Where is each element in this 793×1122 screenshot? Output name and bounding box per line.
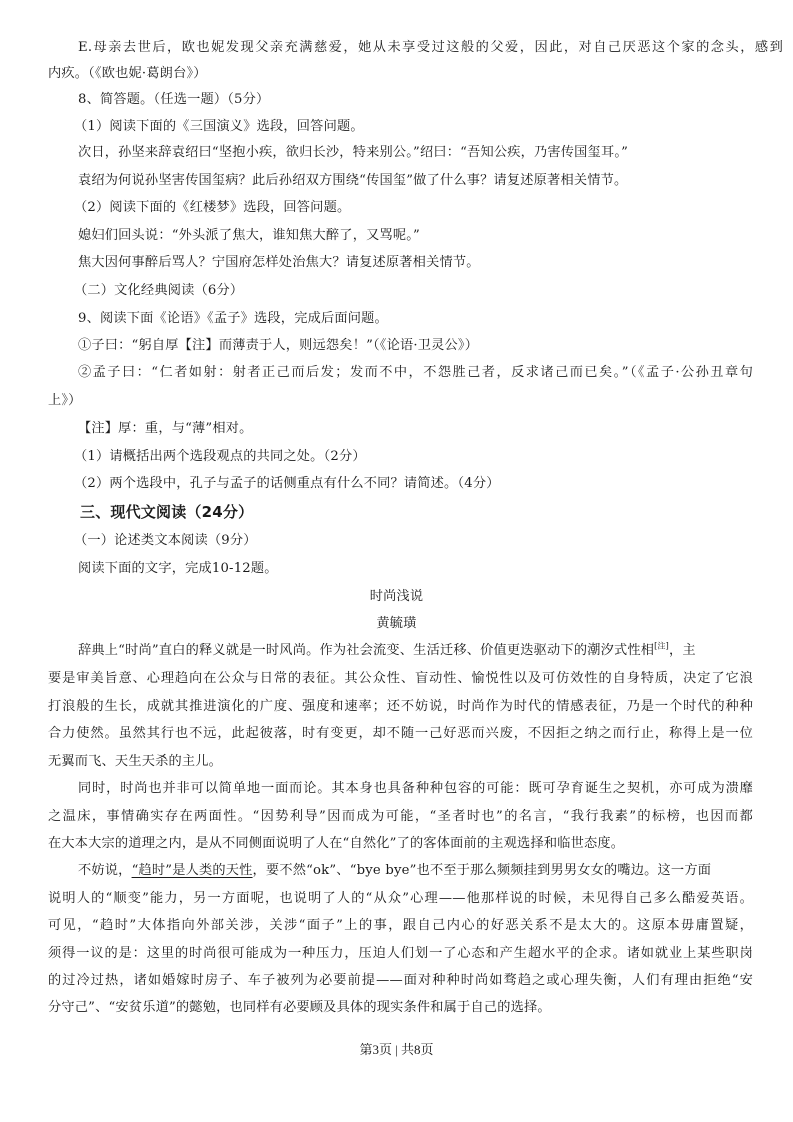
question-8-1-intro: （1）阅读下面的《三国演义》选段，回答问题。 <box>74 117 774 137</box>
question-8-2-quote: 媳妇们回头说：“外头派了焦大，谁知焦大醉了，又骂呢。” <box>78 226 778 246</box>
p3-underlined-phrase: “趋时”是人类的天性 <box>132 863 253 878</box>
p1-line-1-tail: ，主 <box>669 643 696 658</box>
section-2-title: （二）文化经典阅读（6分） <box>74 281 774 301</box>
question-9-quote-2-line-2: 上》） <box>48 391 748 411</box>
page-number-footer: 第3页 | 共8页 <box>0 1039 793 1058</box>
article-p1-line-4: 合力使然。虽然其行也不远，此起彼落，时有变更，却不随一己好恶而兴废，不因拒之纳之… <box>48 724 753 744</box>
article-p2-line-1: 同时，时尚也并非可以简单地一面而论。其本身也具备种种包容的可能：既可孕育诞生之契… <box>78 779 753 799</box>
part-3-subsection-1: （一）论述类文本阅读（9分） <box>74 531 774 551</box>
article-p3-line-3: 可见，“趋时”大体指向外部关涉，关涉“面子”上的事，跟自己内心的好恶关系不是太大… <box>48 916 753 936</box>
article-p3-line-2: 说明人的“顺变”能力，另一方面呢，也说明了人的“从众”心理——他那样说的时候，未… <box>48 889 753 909</box>
question-8-2-question: 焦大因何事醉后骂人？宁国府怎样处治焦大？请复述原著相关情节。 <box>78 253 778 273</box>
document-page: E.母亲去世后，欧也妮发现父亲充满慈爱，她从未享受过这般的父爱，因此，对自己厌恶… <box>0 0 793 1122</box>
article-p3-line-5: 的过冷过热，诸如婚嫁时房子、车子被列为必要前提——面对种种时尚如骛趋之或心理失衡… <box>48 971 753 991</box>
option-e-line-2: 内疚。（《欧也妮·葛朗台》） <box>48 64 748 84</box>
question-8-1-quote: 次日，孙坚来辞袁绍曰“坚抱小疾，欲归长沙，特来别公。”绍曰：“吾知公疾，乃害传国… <box>78 143 778 163</box>
note-superscript: [注] <box>654 642 669 651</box>
article-p1-line-3: 打浪般的生长，成就其推进演化的广度、强度和速率；还不妨说，时尚作为时代的情感表征… <box>48 697 753 717</box>
article-p1-line-5: 无翼而飞、天生天杀的主儿。 <box>48 752 748 772</box>
article-title: 时尚浅说 <box>0 587 793 607</box>
question-8-1-question: 袁绍为何说孙坚害传国玺病？此后孙绍双方围绕“传国玺”做了什么事？请复述原著相关情… <box>78 171 778 191</box>
question-8-title: 8、简答题。（任选一题）（5分） <box>78 90 778 110</box>
p3-line-1-rest: ，要不然“ok”、“bye bye”也不至于那么频频挂到男男女女的嘴边。这一方面 <box>253 863 712 878</box>
question-8-2-intro: （2）阅读下面的《红楼梦》选段，回答问题。 <box>74 198 774 218</box>
question-9-2: （2）两个选段中，孔子与孟子的话侧重点有什么不同？请简述。（4分） <box>74 474 774 494</box>
article-p2-line-2: 之温床，事情确实存在两面性。“因势利导”因而成为可能，“圣者时也”的名言，“我行… <box>48 807 753 827</box>
question-9-1: （1）请概括出两个选段观点的共同之处。（2分） <box>74 447 774 467</box>
article-p3-line-6: 分守己”、“安贫乐道”的懿勉，也同样有必要顾及具体的现实条件和属于自己的选择。 <box>48 998 748 1018</box>
article-p1-line-2: 要是审美旨意、心理趋向在公众与日常的表征。其公众性、盲动性、愉悦性以及可仿效性的… <box>48 669 753 689</box>
p3-lead: 不妨说， <box>78 863 132 878</box>
article-p3-line-4: 须得一议的是：这里的时尚很可能成为一种压力，压迫人们划一了心态和产生超水平的企求… <box>48 944 753 964</box>
article-p2-line-3: 在大本大宗的道理之内，是从不同侧面说明了人在“自然化”了的客体面前的主观选择和临… <box>48 834 748 854</box>
part-3-instruction: 阅读下面的文字，完成10-12题。 <box>78 559 778 579</box>
question-9-note: 【注】厚：重，与“薄”相对。 <box>78 419 778 439</box>
question-9-title: 9、阅读下面《论语》《孟子》选段，完成后面问题。 <box>78 309 778 329</box>
article-p1-line-1: 辞典上“时尚”直白的释义就是一时风尚。作为社会流变、生活迁移、价值更迭驱动下的潮… <box>78 641 758 661</box>
question-9-quote-2-line-1: ②孟子曰：“仁者如射：射者正己而后发；发而不中，不怨胜己者，反求诸己而已矣。”（… <box>78 363 753 383</box>
part-3-title: 三、现代文阅读（24分） <box>80 502 780 522</box>
article-p3-line-1: 不妨说，“趋时”是人类的天性，要不然“ok”、“bye bye”也不至于那么频频… <box>78 861 758 881</box>
p1-line-1-text: 辞典上“时尚”直白的释义就是一时风尚。作为社会流变、生活迁移、价值更迭驱动下的潮… <box>78 643 654 658</box>
article-author: 黄毓璜 <box>0 614 793 634</box>
question-9-quote-1: ①子曰：“躬自厚【注】而薄责于人，则远怨矣！”（《论语·卫灵公》） <box>78 336 778 356</box>
option-e-line-1: E.母亲去世后，欧也妮发现父亲充满慈爱，她从未享受过这般的父爱，因此，对自己厌恶… <box>78 38 783 58</box>
